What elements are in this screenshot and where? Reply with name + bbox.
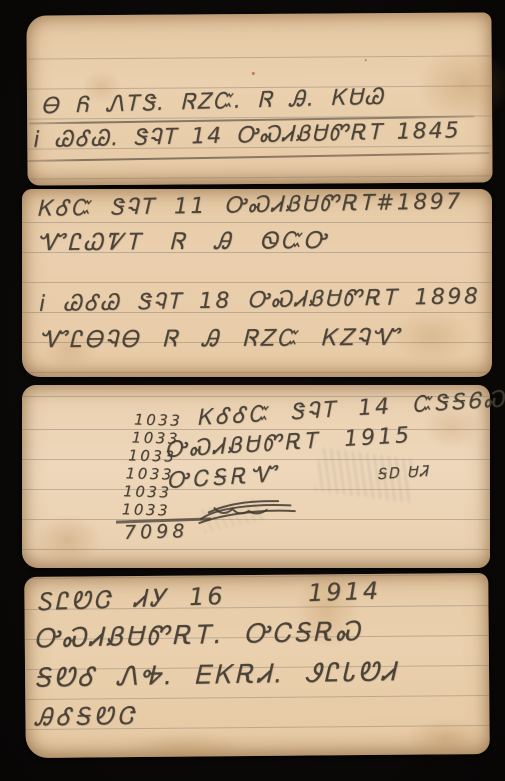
stain — [405, 718, 485, 759]
photograph-of-manuscript-strips: Ꮎ Ᏺ ᏁᎢᏕ. ᏒᏃᏨ. Ꮢ Ꭿ. ᏦᏌᏊ i ᏊᎴᏊ. ᏕᎸᎢ 14 ᎤᏍᏗ… — [0, 0, 505, 781]
handwritten-line: ᏉᏝᏇᏤᎢ Ꮢ Ꭿ ᏫᏨᎤ — [37, 229, 329, 257]
handwritten-annotation: ᎦᎠ ᏌᏘ — [376, 463, 430, 483]
handwritten-line: ᎤᏍᏗᏰᏌᏛᎡᎢ. ᎤᏟᎦᎡᏍ — [33, 618, 363, 654]
stain — [392, 309, 472, 364]
stain — [417, 47, 505, 123]
handwritten-line: ᎯᎴᎦᏬᏣ — [34, 703, 138, 731]
handwritten-line: ᏉᏝᎾᎸᎾ Ꮢ Ꭿ ᏒᏃᏨ ᏦᏃᎸᏉ — [39, 326, 402, 354]
handwritten-line: ᏚᏝᏬᏣ ᏗᎩ 16 1914 — [36, 578, 381, 616]
handwritten-line: ᎦᏬᎴ ᏁᎭ. ᎬᏦᎡᏗ. ᏭᏝᏓᏬᏗ — [34, 658, 398, 693]
handwritten-line: ᎤᏟᎦᎡᏉ — [166, 463, 281, 494]
handwritten-line: i ᏊᎴᏊ. ᏕᎸᎢ 14 ᎤᏍᏗᏰᏌᏛᎡᎢ 1845 — [33, 119, 461, 153]
paper-strip-4: ᏚᏝᏬᏣ ᏗᎩ 16 1914 ᎤᏍᏗᏰᏌᏛᎡᎢ. ᎤᏟᎦᎡᏍ ᎦᏬᎴ ᏁᎭ. … — [24, 573, 490, 758]
handwritten-block: ᏦᎴᎴᏨ ᏕᎸᎢ 14 ᏨᏕᎦᏮᏍ ᎤᏍᏗᏰᏌᏛᎡᎢ 1915 ᎤᏟᎦᎡᏉ ᎦᎠ… — [160, 389, 497, 539]
stain — [126, 730, 246, 761]
handwritten-line: ᏦᎴᏨ ᏕᎸᎢ 11 ᎤᏍᏗᏰᏌᏛᎡᎢ#1897 — [37, 190, 463, 222]
paper-strip-3: 1033 1033 1033 1033 1033 1033 7098 ᏦᎴᎴᏨ … — [22, 385, 490, 568]
paper-strip-2: ᏦᎴᏨ ᏕᎸᎢ 11 ᎤᏍᏗᏰᏌᏛᎡᎢ#1897 ᏉᏝᏇᏤᎢ Ꮢ Ꭿ ᏫᏨᎤ i… — [22, 189, 492, 377]
handwritten-line: i ᏊᎴᏊ ᏕᎸᎢ 18 ᎤᏍᏗᏰᏌᏛᎡᎢ 1898 — [39, 285, 481, 317]
paper-strip-1: Ꮎ Ᏺ ᏁᎢᏕ. ᏒᏃᏨ. Ꮢ Ꭿ. ᏦᏌᏊ i ᏊᎴᏊ. ᏕᎸᎢ 14 ᎤᏍᏗ… — [26, 12, 492, 185]
handwritten-line: ᏦᎴᎴᏨ ᏕᎸᎢ 14 ᏨᏕᎦᏮᏍ — [196, 388, 505, 431]
handwritten-line: Ꮎ Ᏺ ᏁᎢᏕ. ᏒᏃᏨ. Ꮢ Ꭿ. ᏦᏌᏊ — [41, 86, 386, 120]
stain — [32, 515, 102, 565]
red-speck — [252, 72, 255, 75]
scribble-mark — [194, 493, 301, 527]
hand-drawn-rule — [27, 152, 489, 162]
red-speck — [365, 59, 367, 61]
